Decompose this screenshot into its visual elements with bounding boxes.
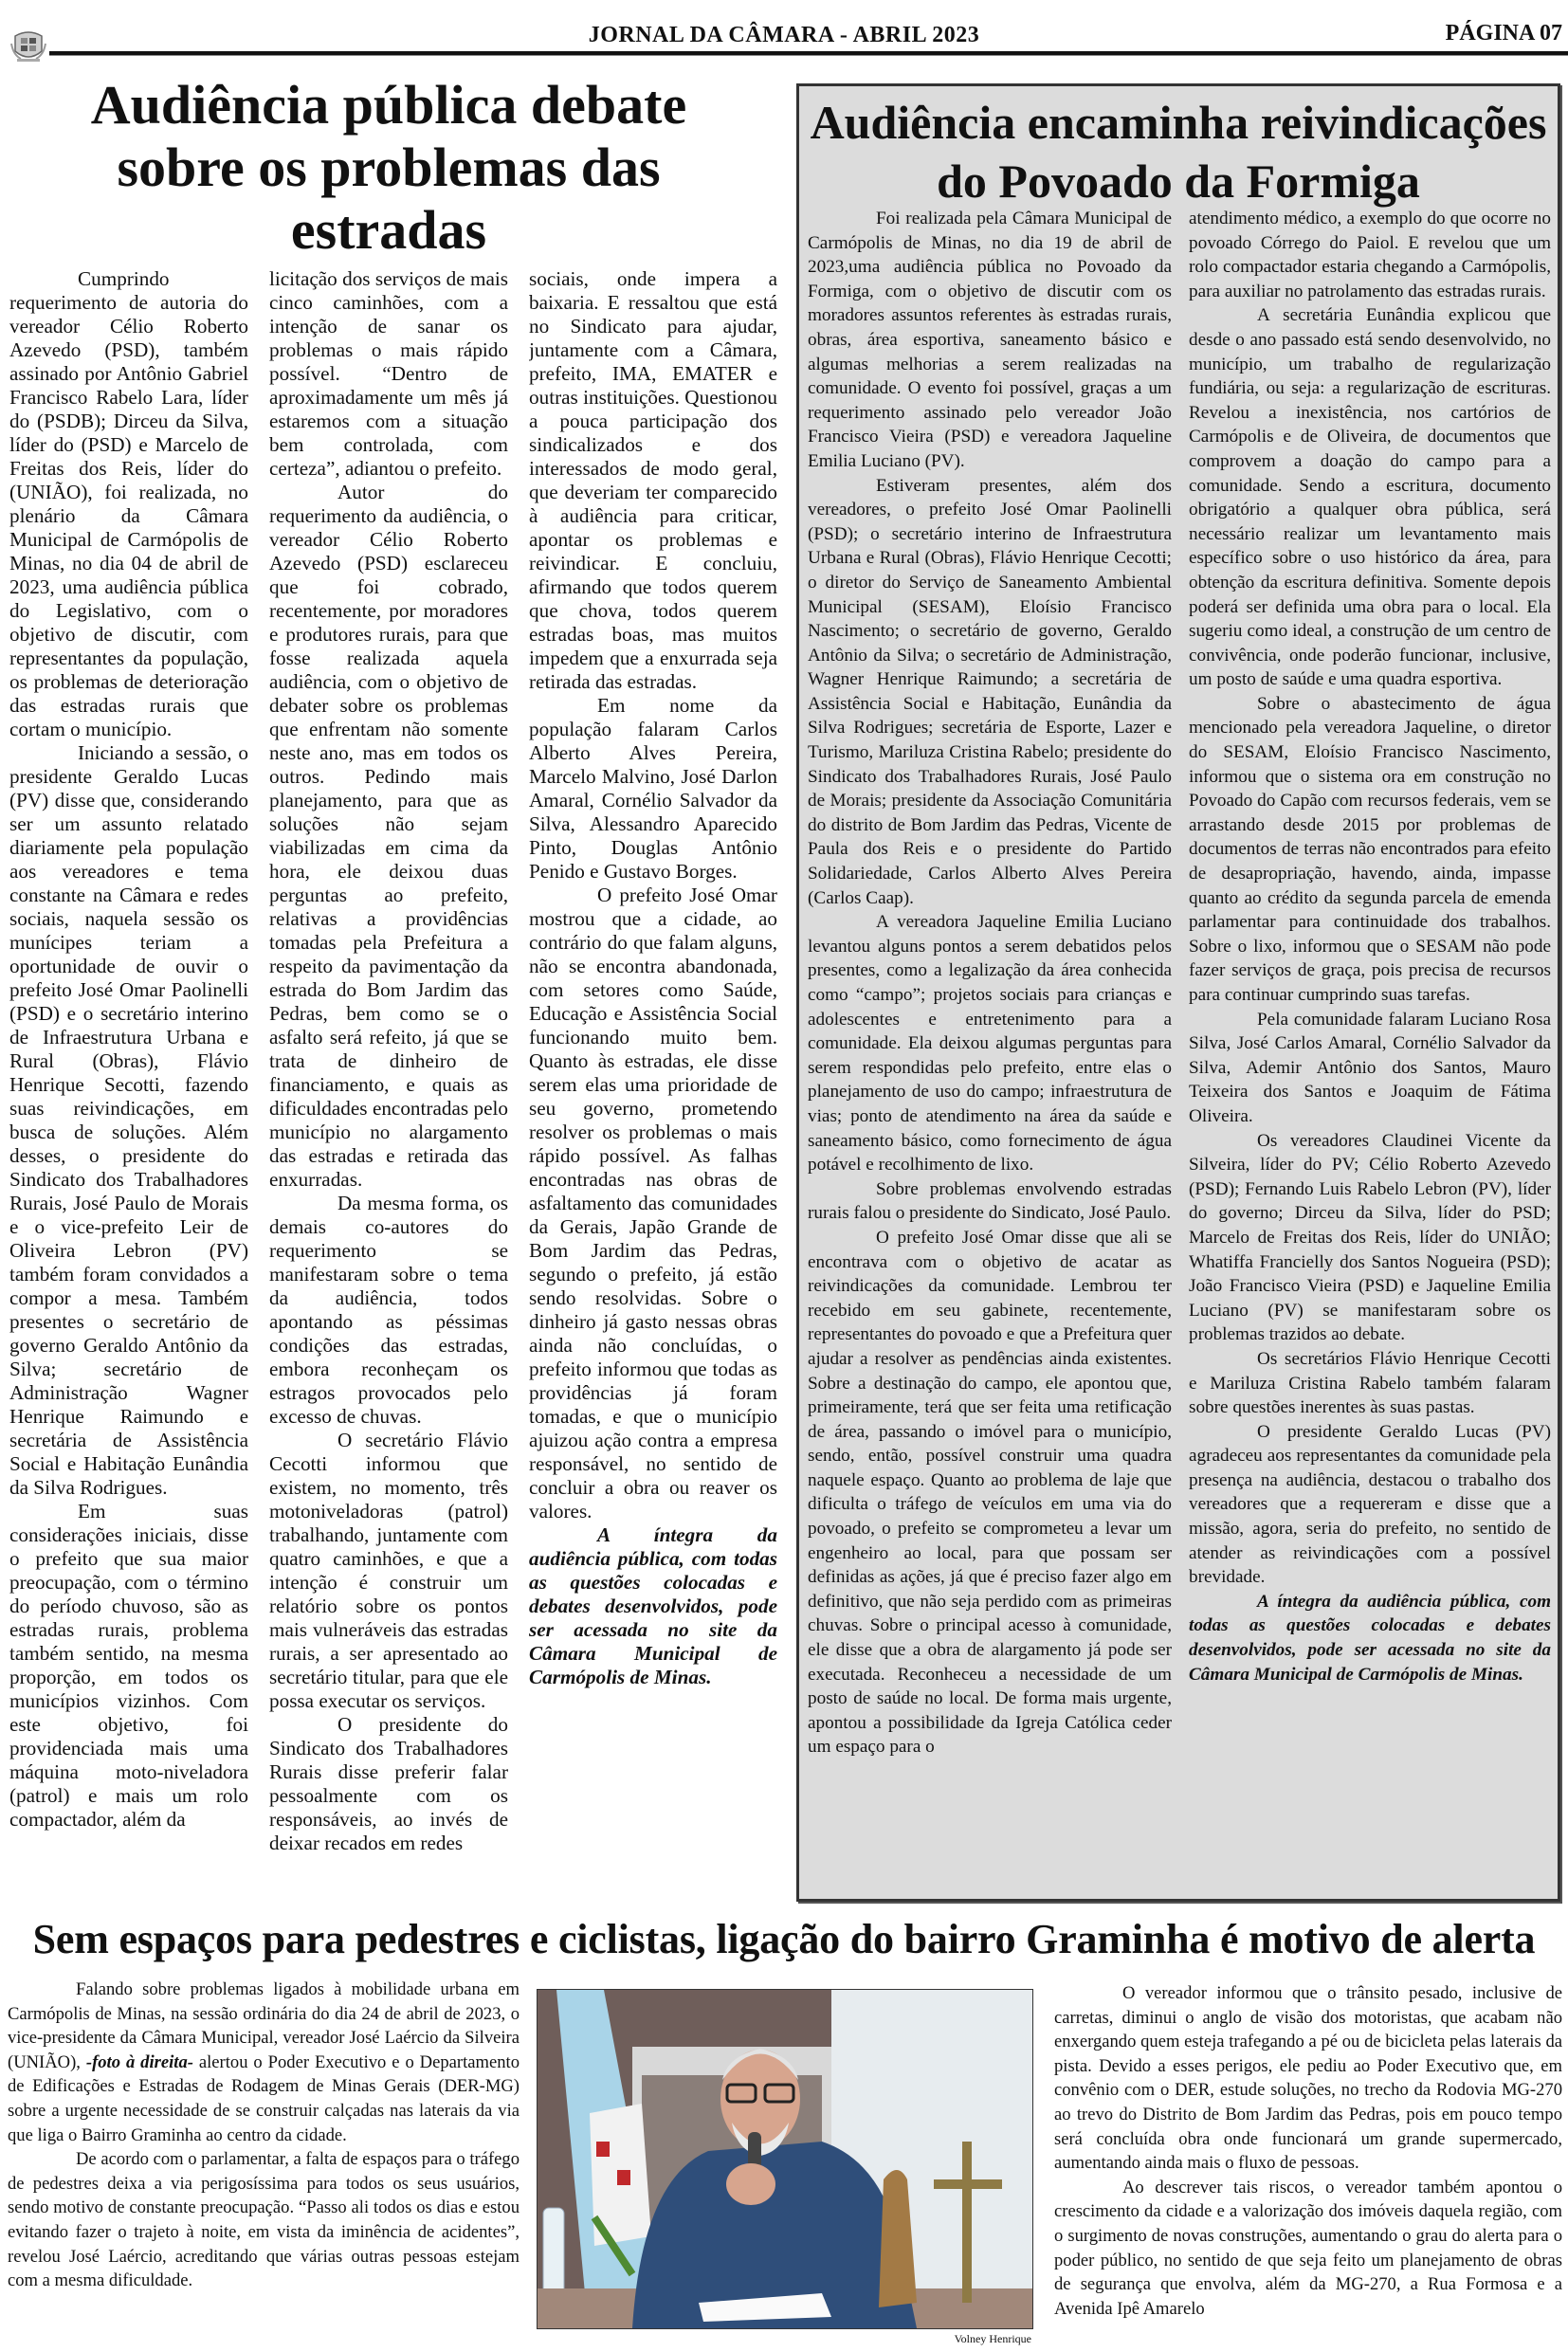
paragraph: De acordo com o parlamentar, a falta de … (8, 2147, 520, 2293)
paragraph: Da mesma forma, os demais co-autores do … (269, 1192, 508, 1429)
article-left-headline: Audiência pública debate sobre os proble… (38, 74, 739, 262)
paragraph: A vereadora Jaqueline Emilia Luciano lev… (808, 910, 1172, 1177)
paragraph: Iniciando a sessão, o presidente Geraldo… (9, 741, 248, 1500)
article-bottom-right-column: O vereador informou que o trânsito pesad… (1054, 1981, 1562, 2321)
paragraph: Em suas considerações iniciais, disse o … (9, 1500, 248, 1832)
paragraph: Ao descrever tais riscos, o vereador tam… (1054, 2176, 1562, 2322)
paragraph: O vereador informou que o trânsito pesad… (1054, 1981, 1562, 2176)
headline-line: estradas (38, 199, 739, 262)
paragraph: Pela comunidade falaram Luciano Rosa Sil… (1189, 1008, 1551, 1129)
article-left-column-3: sociais, onde impera a baixaria. E ressa… (529, 267, 777, 1917)
paragraph: Sobre o abastecimento de água mencionado… (1189, 692, 1551, 1008)
paragraph: A secretária Eunândia explicou que desde… (1189, 303, 1551, 692)
page-number: PÁGINA 07 (1446, 21, 1562, 46)
paragraph: O prefeito José Omar disse que ali se en… (808, 1226, 1172, 1759)
paragraph: Falando sobre problemas ligados à mobili… (8, 1978, 520, 2147)
paragraph: Os vereadores Claudinei Vicente da Silve… (1189, 1129, 1551, 1347)
article-bottom-left-column: Falando sobre problemas ligados à mobili… (8, 1978, 520, 2293)
paragraph: Autor do requerimento da audiência, o ve… (269, 481, 508, 1192)
paragraph: Foi realizada pela Câmara Municipal de C… (808, 207, 1172, 474)
masthead-divider (49, 51, 1568, 56)
article-photo (537, 1989, 1033, 2329)
paragraph: O secretário Flávio Cecotti informou que… (269, 1429, 508, 1713)
headline-line: Audiência pública debate (38, 74, 739, 137)
paragraph: O prefeito José Omar mostrou que a cidad… (529, 884, 777, 1523)
paragraph: Os secretários Flávio Henrique Cecotti e… (1189, 1347, 1551, 1420)
headline-line: Audiência encaminha reivindicações (802, 93, 1555, 152)
article-box-headline: Audiência encaminha reivindicações do Po… (802, 93, 1555, 210)
article-bottom-headline: Sem espaços para pedestres e ciclistas, … (0, 1919, 1568, 1960)
article-left-column-2: licitação dos serviços de mais cinco cam… (269, 267, 508, 1917)
article-box-column-2: atendimento médico, a exemplo do que oco… (1189, 207, 1551, 1894)
vereador-photo-illustration (538, 1990, 1032, 2328)
paragraph: O presidente Geraldo Lucas (PV) agradece… (1189, 1420, 1551, 1590)
paragraph: Estiveram presentes, além dos vereadores… (808, 474, 1172, 911)
article-left-column-1: Cumprindo requerimento de autoria do ver… (9, 267, 248, 1917)
paragraph: Em nome da população falaram Carlos Albe… (529, 694, 777, 884)
newspaper-title: JORNAL DA CÂMARA - ABRIL 2023 (0, 23, 1568, 48)
headline-line: sobre os problemas das (38, 137, 739, 199)
closing-note: A íntegra da audiência pública, com toda… (529, 1523, 777, 1689)
closing-note: A íntegra da audiência pública, com toda… (1189, 1590, 1551, 1687)
photo-reference: -foto à direita- (86, 2052, 193, 2072)
paragraph: Sobre problemas envolvendo estradas rura… (808, 1177, 1172, 1226)
paragraph: O presidente do Sindicato dos Trabalhado… (269, 1713, 508, 1855)
photo-credit: Volney Henrique (910, 2332, 1031, 2346)
paragraph: sociais, onde impera a baixaria. E ressa… (529, 267, 777, 694)
paragraph: Cumprindo requerimento de autoria do ver… (9, 267, 248, 741)
paragraph: licitação dos serviços de mais cinco cam… (269, 267, 508, 481)
paragraph: atendimento médico, a exemplo do que oco… (1189, 207, 1551, 303)
headline-line: do Povoado da Formiga (802, 152, 1555, 210)
article-box-column-1: Foi realizada pela Câmara Municipal de C… (808, 207, 1172, 1894)
